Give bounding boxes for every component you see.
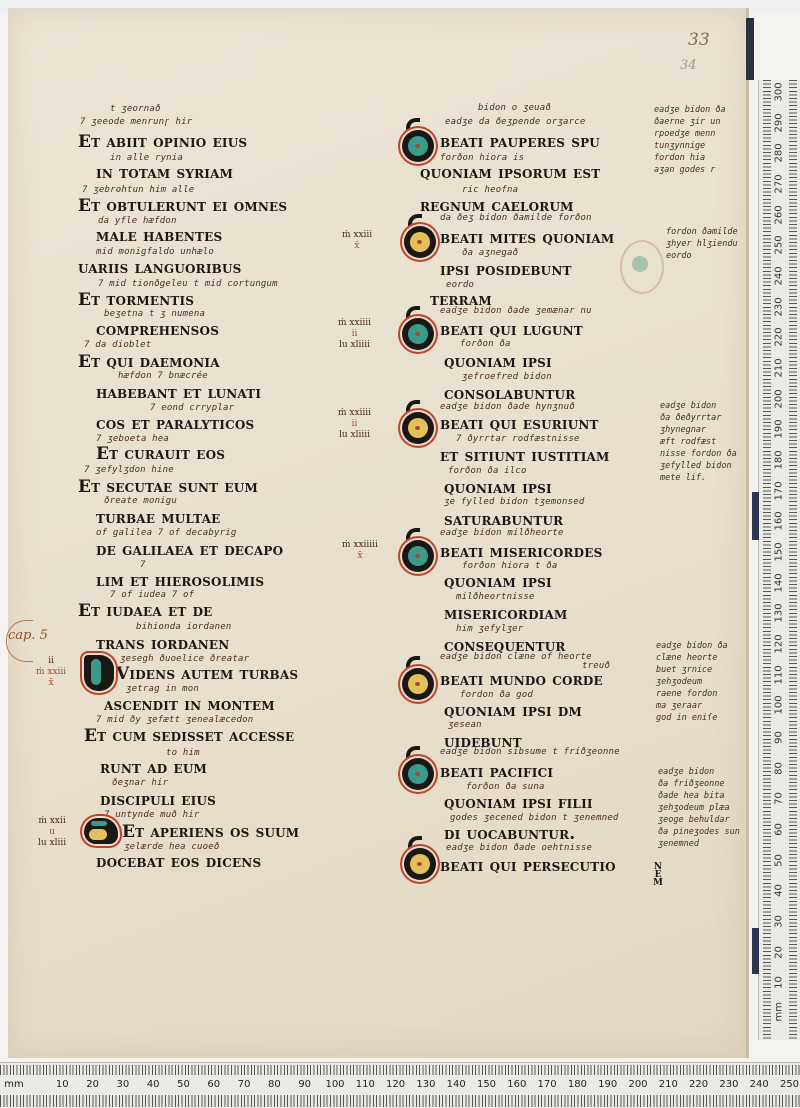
margin-gloss-line: ʒenemned [658, 838, 740, 850]
interlinear-gloss: eadʒe bidon clæne of heorte [440, 652, 592, 662]
interlinear-gloss: godes ʒecened bidon t ʒenemned [450, 813, 619, 823]
ruler-label: 250 [774, 239, 785, 255]
initial-dots [415, 554, 420, 558]
ruler-label: 20 [86, 1079, 99, 1090]
canon-mid: ii [338, 329, 371, 340]
interlinear-gloss: 7 ʒebrohtun him alle [82, 185, 194, 195]
latin-text-line: discipuli eius [100, 790, 216, 810]
margin-gloss-line: rpoedʒe menn [654, 128, 726, 140]
latin-text-line: beati mundo corde [440, 670, 603, 690]
ruler-label: 250 [780, 1079, 799, 1090]
interlinear-gloss: ðreate monigu [104, 496, 177, 506]
ruler-label: 200 [628, 1079, 647, 1090]
decorated-initial-b [402, 656, 442, 704]
canon-bottom: lu xliiii [338, 430, 371, 441]
margin-gloss-line: ʒehʒodeum [656, 676, 728, 688]
margin-gloss-line: eadʒe bidon [660, 400, 737, 412]
margin-gloss-block: eadʒe bidon ðaðaerne ʒir unrpoedʒe mennt… [654, 104, 726, 176]
interlinear-gloss: da ðeʒ bidon ðamilde forðon [440, 213, 592, 223]
margin-gloss-block: eadʒe bidon ðaclæne heortebuet ʒrniceʒeh… [656, 640, 728, 724]
ruler-label: 50 [177, 1079, 190, 1090]
latin-text-line: ascendit in montem [104, 695, 275, 715]
ruler-label: 160 [774, 515, 785, 531]
interlinear-gloss: t ʒeornað [110, 104, 161, 114]
show-through-initial [620, 240, 664, 294]
latin-text-line: beati pacifici [440, 762, 553, 782]
folio-number: 33 [688, 30, 710, 50]
latin-text-line: trans iordanen [96, 634, 229, 654]
latin-text-line: lim et hierosolimis [96, 571, 264, 591]
margin-gloss-line: god in eniſe [656, 712, 728, 724]
margin-gloss-line: clæne heorte [656, 652, 728, 664]
interlinear-gloss: 7 eond crryplar [150, 403, 234, 413]
ruler-label: 110 [356, 1079, 375, 1090]
interlinear-gloss: eadʒe bidon ðade hynʒnuð [440, 402, 575, 412]
interlinear-gloss: ðeʒnar hir [112, 778, 168, 788]
interlinear-gloss: 7 da dioblet [84, 340, 151, 350]
initial-dots [415, 144, 420, 148]
canon-mid: ṁ xxiii [36, 667, 66, 678]
ruler-label: 70 [238, 1079, 251, 1090]
ruler-label: 280 [774, 147, 785, 163]
decorated-initial-et [84, 818, 118, 844]
canon-top: ṁ xxiiii [338, 408, 371, 419]
decorated-initial-u [84, 655, 114, 691]
latin-text-line: de galilaea et decapo [96, 540, 283, 560]
canon-reference: ṁ xxiiulu xliii [38, 816, 66, 849]
ruler-label: 260 [774, 208, 785, 224]
latin-text-line: quoniam ipsi [444, 352, 552, 372]
canon-top: ṁ xxiii [342, 230, 372, 241]
latin-text-line: Videns autem turbas [116, 664, 298, 684]
latin-text-line: Et tormentis [78, 290, 194, 310]
canon-mid: u [38, 827, 66, 838]
ruler-label: 220 [689, 1079, 708, 1090]
interlinear-gloss: bihionda iordanen [136, 622, 232, 632]
interlinear-gloss: forðon hiora is [440, 153, 524, 163]
page-clip [746, 18, 754, 80]
canon-top: ṁ xxiiii [338, 318, 371, 329]
ruler-label: 190 [598, 1079, 617, 1090]
latin-text-line: ipsi posidebunt [440, 260, 572, 280]
canon-top: ṁ xxii [38, 816, 66, 827]
margin-gloss-line: ʒehʒodeum plæa [658, 802, 740, 814]
interlinear-gloss: 7 ʒeeode menrunɼ hir [80, 117, 192, 127]
latin-text-line: habebant et lunati [96, 383, 261, 403]
ruler-label: 70 [774, 791, 785, 807]
interlinear-gloss: eordo [446, 280, 474, 290]
latin-text-line: quoniam ipsi [444, 478, 552, 498]
interlinear-gloss: mid monigfaldo unhælo [96, 247, 214, 257]
ruler-label: 90 [298, 1079, 311, 1090]
margin-gloss-block: eadʒe bidonða ðeðyrrtarʒhynegnaræft rodf… [660, 400, 737, 484]
decorated-initial-b [402, 306, 442, 354]
ruler-clip [752, 928, 759, 974]
interlinear-gloss: to him [166, 748, 200, 758]
ruler-label: 180 [568, 1079, 587, 1090]
canon-mid: ii [338, 419, 371, 430]
interlinear-gloss: hæfdon 7 bnæcrée [118, 371, 208, 381]
latin-text-line: beati qui lugunt [440, 320, 583, 340]
interlinear-gloss: bidon o ʒeuað [478, 103, 551, 113]
latin-text-line: comprehensos [96, 320, 219, 340]
margin-gloss-line: nisse fordon ða [660, 448, 737, 460]
canon-reference: ṁ xxiiiiiilu xliiii [338, 318, 371, 351]
ruler-label: 50 [774, 852, 785, 868]
latin-text-line: in totam syriam [96, 163, 233, 183]
horizontal-scale-ruler: mm10203040506070809010011012013014015016… [0, 1062, 800, 1108]
latin-text-line: Et aperiens os suum [122, 822, 299, 842]
latin-text-line: et sitiunt iustitiam [440, 446, 610, 466]
latin-text-line: turbae multae [96, 508, 220, 528]
margin-gloss-line: ða pineʒodes sun [658, 826, 740, 838]
latin-text-line: Et abiit opinio eius [78, 132, 247, 152]
ruler-label: 80 [268, 1079, 281, 1090]
ruler-label: 190 [774, 423, 785, 439]
ruler-label: 130 [416, 1079, 435, 1090]
interlinear-gloss: eadʒe bidon sibsume t friðʒeonne [440, 747, 620, 757]
initial-dots [415, 426, 420, 430]
vertical-scale-ruler: 3002902802702602502402302202102001901801… [758, 80, 800, 1040]
interlinear-gloss: forðon ða ilco [448, 466, 527, 476]
ruler-label: 210 [659, 1079, 678, 1090]
ruler-label: 10 [56, 1079, 69, 1090]
ruler-label: 240 [750, 1079, 769, 1090]
initial-dots [417, 240, 422, 244]
ruler-label: 90 [774, 730, 785, 746]
margin-gloss-line: ʒefylled bidon [660, 460, 737, 472]
ruler-label: 60 [207, 1079, 220, 1090]
canon-reference: iiṁ xxiiix̄ [36, 656, 66, 689]
margin-gloss-line: ʒeoge behuldar [658, 814, 740, 826]
canon-top: ii [36, 656, 66, 667]
ruler-label: 180 [774, 454, 785, 470]
margin-gloss-line: ma ʒeraar [656, 700, 728, 712]
ruler-label: 150 [774, 546, 785, 562]
margin-gloss-line: eordo [666, 250, 738, 262]
interlinear-gloss: him ʒefylʒer [456, 624, 523, 634]
latin-text-line: Et obtulerunt ei omnes [78, 196, 287, 216]
interlinear-gloss: ʒelærde hea cuoeð [124, 842, 220, 852]
interlinear-gloss: ʒe fylled bidon tʒemonsed [444, 497, 584, 507]
ruler-label: 240 [774, 270, 785, 286]
ruler-label: 230 [774, 300, 785, 316]
interlinear-gloss: of galilea 7 of decabyrig [96, 528, 236, 538]
ruler-label: 100 [774, 699, 785, 715]
latin-text-line: quoniam ipsorum est [420, 163, 600, 183]
ruler-label: 110 [774, 668, 785, 684]
interlinear-gloss: ʒesean [448, 720, 482, 730]
interlinear-gloss: in alle rynia [110, 153, 183, 163]
latin-text-line: consolabuntur [444, 384, 575, 404]
interlinear-gloss: ʒesegh ðuoelice ðreatar [120, 654, 249, 664]
ruler-label: 170 [774, 484, 785, 500]
margin-gloss-line: ða ðeðyrrtar [660, 412, 737, 424]
margin-gloss-block: fordon ðamildeʒhyer hlʒiendueordo [666, 226, 738, 262]
folio-number-old: 34 [680, 58, 697, 73]
latin-text-line: Et iudaea et de [78, 601, 213, 621]
interlinear-gloss: 7 ʒefylʒdon hine [84, 465, 174, 475]
latin-text-line: male habentes [96, 226, 222, 246]
interlinear-gloss: eadʒe da ðeʒpende orʒarce [445, 117, 585, 127]
latin-text-vertical: nem [652, 862, 667, 886]
initial-dots [415, 682, 420, 686]
decorated-initial-b [404, 836, 444, 884]
canon-top: ṁ xxiiiii [342, 540, 378, 551]
ruler-label: 200 [774, 392, 785, 408]
margin-gloss-line: eadʒe bidon [658, 766, 740, 778]
latin-text-line: beati pauperes spu [440, 132, 600, 152]
latin-text-line: Et cum sedisset accesse [84, 726, 294, 746]
interlinear-gloss: eadʒe bidon ðade oehtnisse [446, 843, 592, 853]
latin-text-line: quoniam ipsi [444, 572, 552, 592]
ruler-label: 30 [774, 914, 785, 930]
margin-gloss-line: mete lif. [660, 472, 737, 484]
canon-bottom: x̄ [36, 678, 66, 689]
ruler-label: 140 [447, 1079, 466, 1090]
ruler-label: 40 [147, 1079, 160, 1090]
canon-reference: ṁ xxiiix̄ [342, 230, 372, 252]
ruler-label: mm [4, 1079, 23, 1090]
margin-gloss-line: fordon ðamilde [666, 226, 738, 238]
canon-reference: ṁ xxiiiiix̄ [342, 540, 378, 562]
decorated-initial-b [402, 528, 442, 576]
margin-gloss-line: ðaerne ʒir un [654, 116, 726, 128]
interlinear-gloss: 7 [140, 560, 146, 570]
latin-text-line: beati misericordes [440, 542, 603, 562]
latin-text-line: runt ad eum [100, 758, 207, 778]
ruler-label: 120 [386, 1079, 405, 1090]
ruler-label: 210 [774, 362, 785, 378]
interlinear-gloss: da yfle hæfdon [98, 216, 177, 226]
decorated-initial-b [402, 118, 442, 166]
interlinear-gloss: ʒefroefred bidon [462, 372, 552, 382]
latin-text-line: docebat eos dicens [96, 852, 261, 872]
interlinear-gloss: eadʒe bidon ðade ʒemænar nu [440, 306, 592, 316]
ruler-label: 60 [774, 822, 785, 838]
latin-text-line: uariis languoribus [78, 258, 242, 278]
ruler-label: 150 [477, 1079, 496, 1090]
latin-text-line: beati mites quoniam [440, 228, 614, 248]
margin-gloss-line: ðade hea bita [658, 790, 740, 802]
initial-dots [415, 332, 420, 336]
initial-dots [415, 772, 420, 776]
margin-gloss-line: ʒhynegnar [660, 424, 737, 436]
ruler-label: 170 [538, 1079, 557, 1090]
ruler-label: 20 [774, 944, 785, 960]
ruler-label: mm [774, 1006, 785, 1022]
interlinear-gloss: ʒetrag in mon [126, 684, 199, 694]
ruler-label: 270 [774, 178, 785, 194]
latin-text-line: beati qui esuriunt [440, 414, 599, 434]
latin-text-line: misericordiam [444, 604, 568, 624]
interlinear-gloss: 7 ðyrrtar rodfæstnisse [456, 434, 580, 444]
latin-text-line: Et curauit eos [96, 444, 225, 464]
interlinear-gloss: 7 mid ðy ʒefætt ʒenealæcedon [96, 715, 253, 725]
interlinear-gloss: ric heofna [462, 185, 518, 195]
ruler-label: 130 [774, 607, 785, 623]
margin-gloss-line: aʒan godes r [654, 164, 726, 176]
interlinear-gloss: ða aʒnegað [462, 248, 518, 258]
canon-bottom: lu xliiii [338, 340, 371, 351]
margin-gloss-line: fordon hia [654, 152, 726, 164]
interlinear-gloss: milðheortnisse [456, 592, 535, 602]
latin-text-line: quoniam ipsi dm [444, 701, 582, 721]
ruler-label: 300 [774, 86, 785, 102]
latin-text-line: saturabuntur [444, 510, 563, 530]
margin-gloss-line: eadʒe bidon ða [656, 640, 728, 652]
margin-gloss-line: buet ʒrnice [656, 664, 728, 676]
canon-bottom: x̄ [342, 241, 372, 252]
latin-text-line: beati qui persecutio [440, 856, 616, 876]
interlinear-gloss: forðon ða [460, 339, 511, 349]
decorated-initial-b [402, 400, 442, 448]
canon-reference: ṁ xxiiiiiilu xliiii [338, 408, 371, 441]
latin-text-line: quoniam ipsi filii [444, 793, 593, 813]
initial-dots [417, 862, 422, 866]
margin-gloss-block: eadʒe bidonða friðʒeonneðade hea bitaʒeh… [658, 766, 740, 850]
interlinear-gloss: forðon hiora t ða [462, 561, 558, 571]
ruler-label: 290 [774, 116, 785, 132]
ruler-label: 220 [774, 331, 785, 347]
ruler-label: 230 [719, 1079, 738, 1090]
decorated-initial-b [402, 746, 442, 794]
interlinear-gloss: 7 untynde muð hir [104, 810, 200, 820]
latin-text-line: Et qui daemonia [78, 352, 220, 372]
ruler-label: 80 [774, 760, 785, 776]
ruler-label: 140 [774, 576, 785, 592]
margin-gloss-line: ʒhyer hlʒiendu [666, 238, 738, 250]
ruler-clip [752, 492, 759, 540]
interlinear-gloss: forðon ða suna [466, 782, 545, 792]
ruler-label: 160 [507, 1079, 526, 1090]
interlinear-gloss: 7 mid tionðgeleu t mid cortungum [98, 279, 278, 289]
ruler-label: 10 [774, 975, 785, 991]
canon-bottom: lu xliii [38, 838, 66, 849]
ruler-label: 40 [774, 883, 785, 899]
latin-text-line: Et secutae sunt eum [78, 477, 258, 497]
canon-bottom: x̄ [342, 551, 378, 562]
margin-gloss-line: tunʒynnige [654, 140, 726, 152]
latin-text-line: di uocabuntur. [444, 824, 575, 844]
interlinear-gloss: eadʒe bidon milðheorte [440, 528, 564, 538]
latin-text-line: cos et paralyticos [96, 414, 254, 434]
chapter-marker: cap. 5 [8, 628, 48, 643]
interlinear-gloss: 7 ʒeboeta hea [96, 434, 169, 444]
margin-gloss-line: raene fordon [656, 688, 728, 700]
interlinear-gloss: fordon ða god [460, 690, 533, 700]
margin-gloss-line: eadʒe bidon ða [654, 104, 726, 116]
decorated-initial-b [404, 214, 444, 262]
interlinear-gloss: 7 of iudea 7 of [110, 590, 194, 600]
margin-gloss-line: æft rodfæst [660, 436, 737, 448]
ruler-label: 120 [774, 638, 785, 654]
ruler-label: 30 [117, 1079, 130, 1090]
ruler-label: 100 [325, 1079, 344, 1090]
interlinear-gloss: beʒetna t ʒ numena [104, 309, 205, 319]
margin-gloss-line: ða friðʒeonne [658, 778, 740, 790]
